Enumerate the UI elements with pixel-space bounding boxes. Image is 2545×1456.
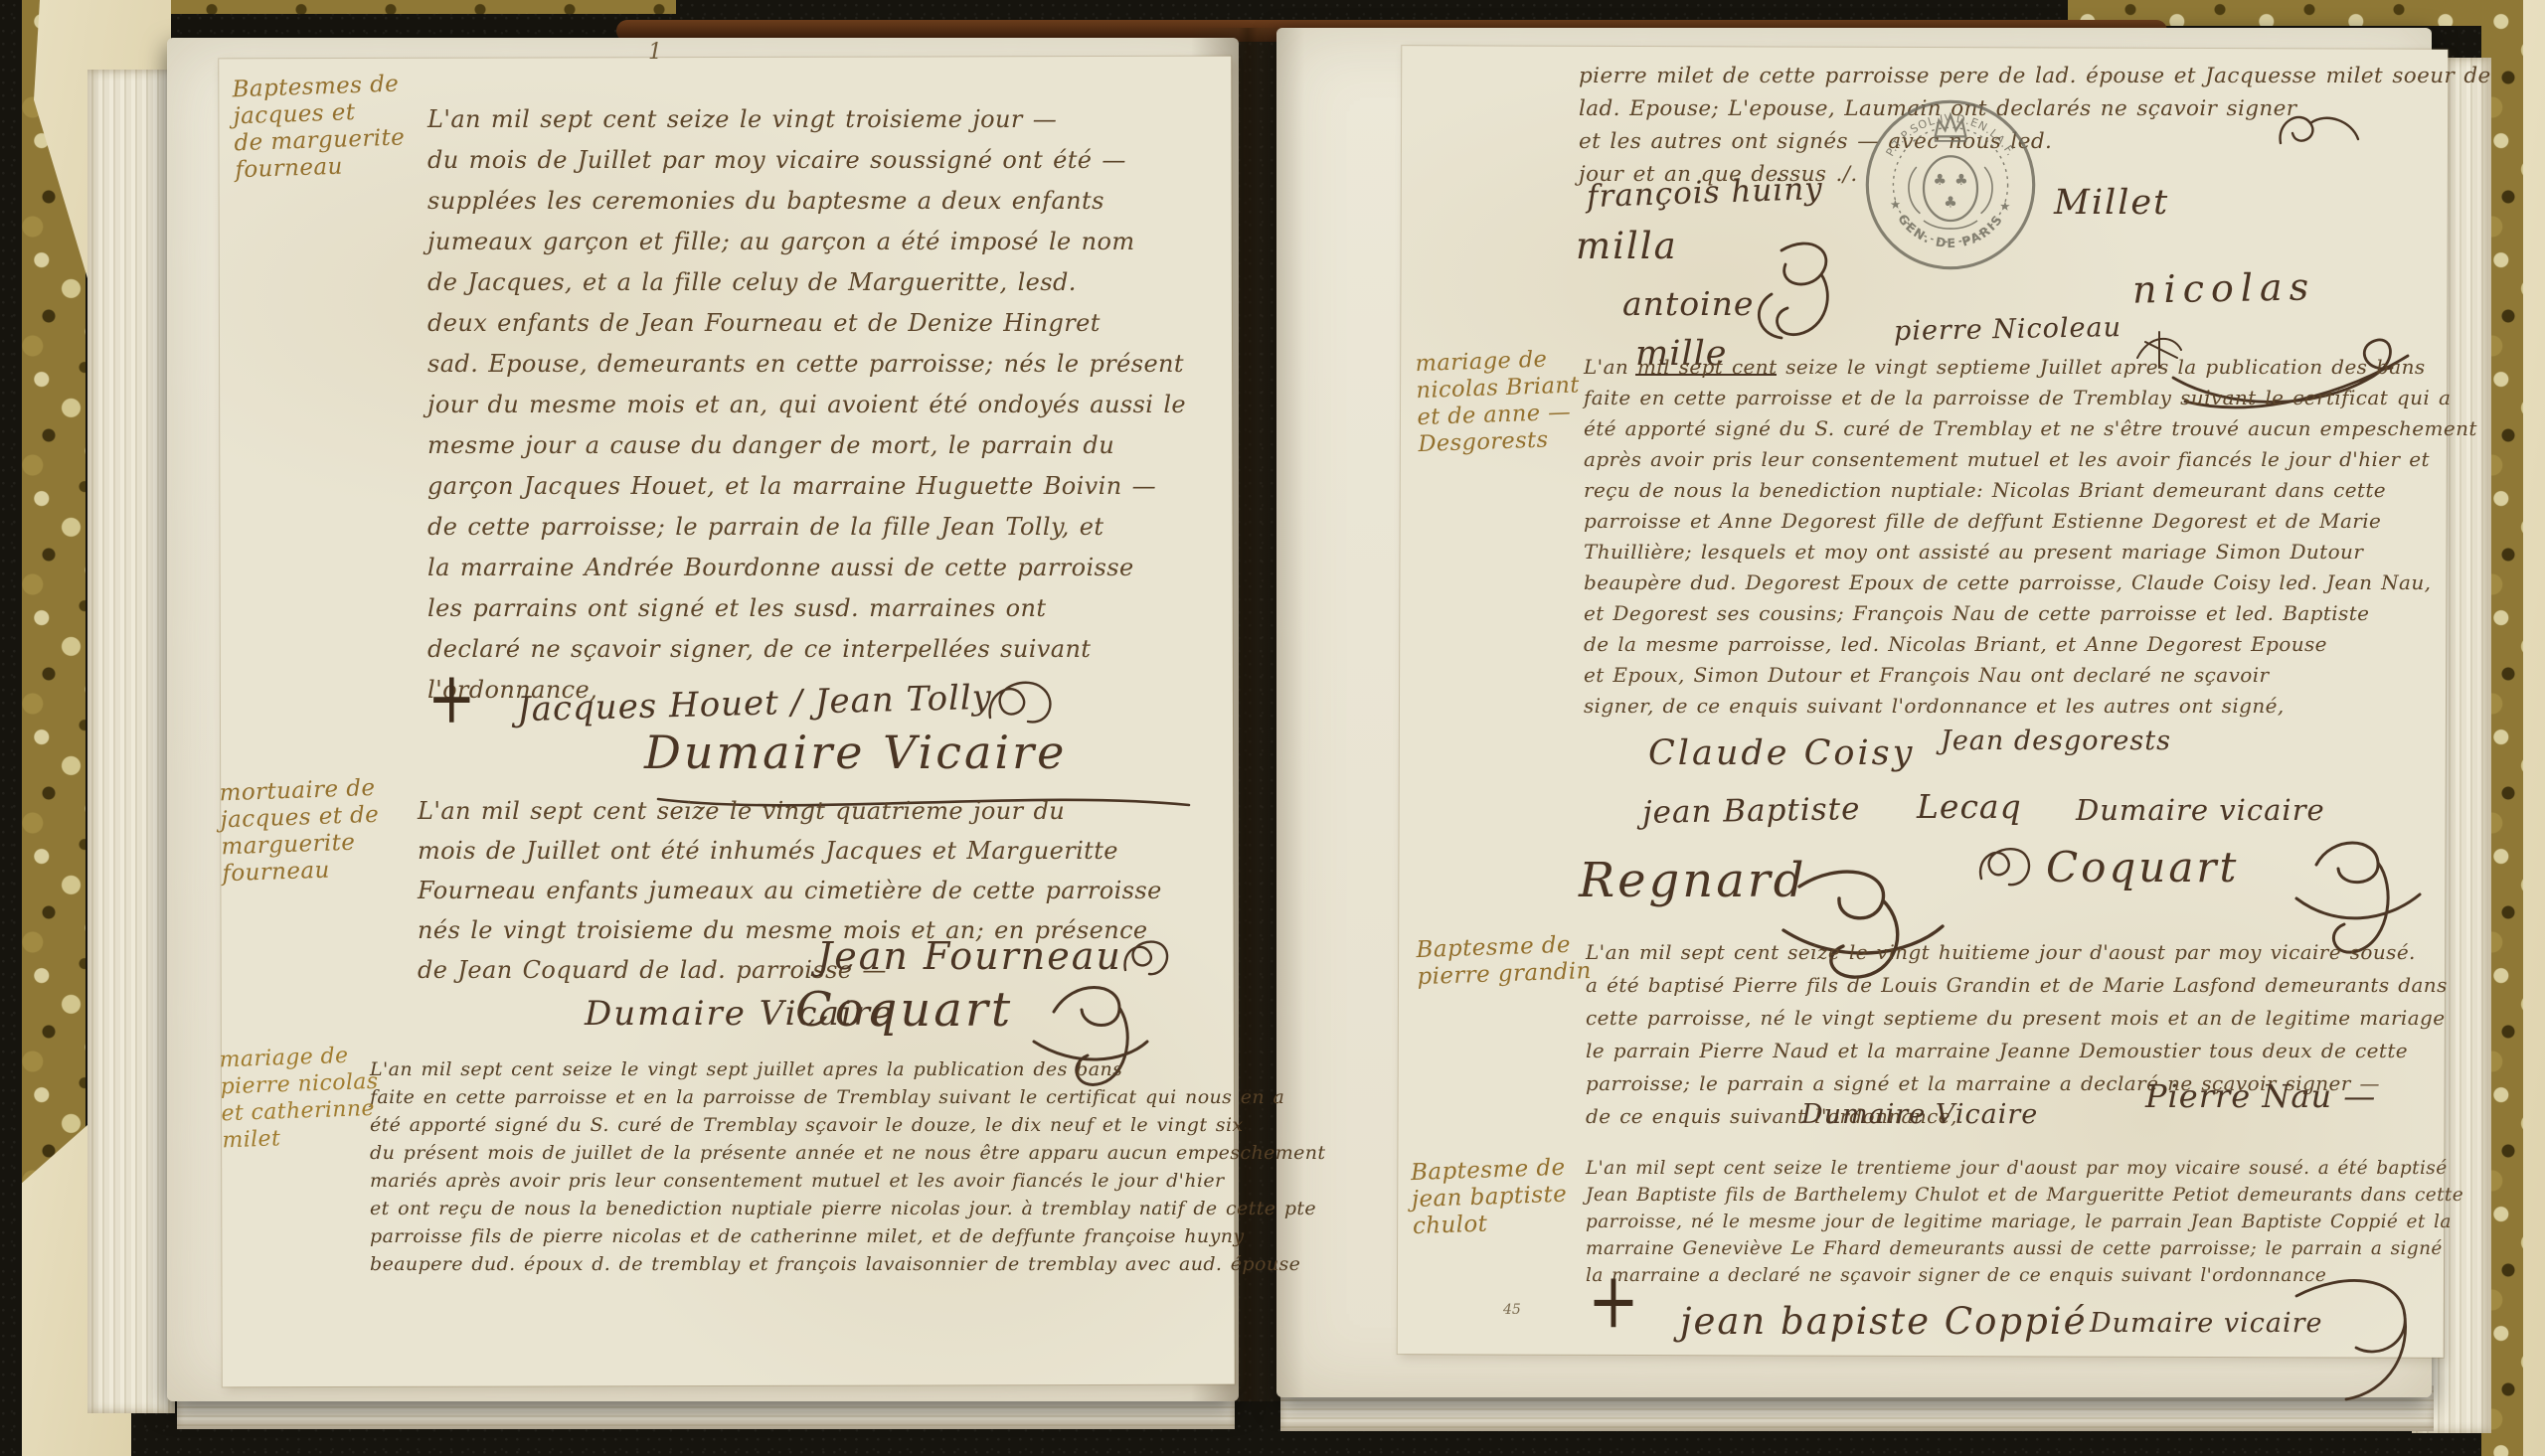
handwritten-line: signer, de ce enquis suivant l'ordonnanc… xyxy=(1584,691,2446,722)
signature-coquart: Coquart xyxy=(2046,843,2239,891)
handwritten-line: été apporté signé du S. curé de Tremblay… xyxy=(1584,413,2446,444)
margin-note: Baptesmes dejacques etde margueritefourn… xyxy=(232,71,426,185)
handwritten-line: garçon Jacques Houet, et la marraine Hug… xyxy=(427,466,1228,507)
signature-millet: Millet xyxy=(2054,183,2169,223)
entry-marriage-briant: mariage denicolas Briantet de anne —Desg… xyxy=(1417,346,2446,722)
handwritten-line: L'an mil sept cent seize le vingt quatri… xyxy=(418,791,1225,831)
svg-text:♣: ♣ xyxy=(1944,194,1957,212)
handwritten-line: parroisse fils de pierre nicolas et de c… xyxy=(370,1222,1235,1250)
signature-jean-baptiste: jean Baptiste xyxy=(1642,791,1861,831)
handwritten-line: fourneau xyxy=(222,855,414,889)
entry-body: L'an mil sept cent seize le vingt septie… xyxy=(1584,346,2446,722)
paraph-flourish-icon xyxy=(2275,103,2364,173)
signature-coppie: jean bapiste Coppié xyxy=(1680,1300,2087,1343)
handwritten-line: faite en cette parroisse et en la parroi… xyxy=(370,1083,1235,1111)
handwritten-line: mois de Juillet ont été inhumés Jacques … xyxy=(418,831,1225,871)
handwritten-line: mesme jour a cause du danger de mort, le… xyxy=(427,425,1228,466)
signature-coisy: Claude Coisy xyxy=(1648,733,1915,773)
handwritten-line: Desgorests xyxy=(1418,425,1596,458)
signature-vicar: Dumaire vicaire xyxy=(2076,793,2325,827)
svg-text:♣: ♣ xyxy=(1933,171,1947,189)
handwritten-line: marraine Geneviève Le Fhard demeurants a… xyxy=(1586,1235,2451,1262)
handwritten-line: faite en cette parroisse et de la parroi… xyxy=(1584,383,2446,413)
margin-note: Baptesme depierre grandin xyxy=(1416,931,1597,991)
svg-text:♣: ♣ xyxy=(1954,171,1968,189)
entry-body: L'an mil sept cent seize le vingt troisi… xyxy=(427,72,1228,711)
handwritten-line: L'an mil sept cent seize le trentieme jo… xyxy=(1586,1155,2451,1182)
handwritten-line: declaré ne sçavoir signer, de ce interpe… xyxy=(427,629,1228,670)
handwritten-line: chulot xyxy=(1413,1208,1593,1240)
paraph-flourish-icon xyxy=(2129,328,2189,372)
handwritten-line: le parrain Pierre Naud et la marraine Je… xyxy=(1586,1035,2451,1067)
handwritten-line: parroisse, né le mesme jour de legitime … xyxy=(1586,1209,2451,1235)
signature-regnard: Regnard xyxy=(1579,853,1806,908)
handwritten-line: après avoir pris leur consentement mutue… xyxy=(1584,444,2446,475)
generalite-de-paris-stamp: ♣ ♣ ♣ P.T.P.SOL.IV.D.EN.LA.F. ★ GEN. DE … xyxy=(1861,95,2040,274)
handwritten-line: Jean Baptiste fils de Barthelemy Chulot … xyxy=(1586,1182,2451,1209)
handwritten-line: pierre grandin xyxy=(1417,958,1597,991)
margin-note: mariage denicolas Briantet de anne —Desg… xyxy=(1415,345,1596,458)
signature-milla: milla xyxy=(1576,225,1678,267)
paraph-flourish-icon xyxy=(1742,231,1853,342)
handwritten-line: supplées les ceremonies du baptesme a de… xyxy=(427,181,1228,222)
signature-cross: + xyxy=(1588,1255,1640,1346)
handwritten-line: les parrains ont signé et les susd. marr… xyxy=(427,588,1228,629)
handwritten-line: a été baptisé Pierre fils de Louis Grand… xyxy=(1586,969,2451,1002)
handwritten-line: la marraine Andrée Bourdonne aussi de ce… xyxy=(427,548,1228,588)
handwritten-line: et ont reçu de nous la benediction nupti… xyxy=(370,1195,1235,1222)
entry-body: L'an mil sept cent seize le vingt sept j… xyxy=(370,1042,1235,1278)
handwritten-line: jumeaux garçon et fille; au garçon a été… xyxy=(427,222,1228,262)
handwritten-line: mariés après avoir pris leur consentemen… xyxy=(370,1167,1235,1195)
entry-baptism-fourneau: Baptesmes dejacques etde margueritefourn… xyxy=(234,72,1228,711)
handwritten-line: Thuillière; lesquels et moy ont assisté … xyxy=(1584,537,2446,567)
handwritten-line: reçu de nous la benediction nuptiale: Ni… xyxy=(1584,475,2446,506)
handwritten-line: L'an mil sept cent seize le vingt troisi… xyxy=(427,99,1228,140)
paraph-flourish-icon xyxy=(1973,837,2039,894)
folio-mark-right: 45 xyxy=(1503,1302,1521,1318)
handwritten-line: L'an mil sept cent seize le vingt septie… xyxy=(1584,352,2446,383)
signature-cross: + xyxy=(427,656,477,740)
signature-pierre-nau: Pierre Nau — xyxy=(2145,1077,2376,1115)
signature-desgorests: Jean desgorests xyxy=(1941,726,2171,756)
handwritten-line: sad. Epouse, demeurants en cette parrois… xyxy=(427,344,1228,385)
handwritten-line: Fourneau enfants jumeaux au cimetière de… xyxy=(418,871,1225,910)
handwritten-line: beaupère dud. Degorest Epoux de cette pa… xyxy=(1584,567,2446,598)
margin-note: Baptesme dejean baptistechulot xyxy=(1411,1154,1593,1240)
handwritten-line: parroisse et Anne Degorest fille de deff… xyxy=(1584,506,2446,537)
signature-coquart: Coquart xyxy=(795,982,1013,1038)
paraph-flourish-icon xyxy=(2287,1268,2416,1407)
folio-mark-left: 1 xyxy=(648,40,662,65)
signature-antoine: antoine xyxy=(1622,284,1754,323)
handwritten-line: jour du mesme mois et an, qui avoient ét… xyxy=(427,385,1228,425)
handwritten-line: et Epoux, Simon Dutour et François Nau o… xyxy=(1584,660,2446,691)
signature-nicolas: nicolas xyxy=(2132,264,2316,311)
page-block-left-edges xyxy=(87,70,175,1413)
margin-note: mortuaire dejacques et demargueritefourn… xyxy=(219,774,414,889)
signature-lecaq: Lecaq xyxy=(1917,787,2022,826)
paraph-flourish-icon xyxy=(984,672,1068,733)
handwritten-line: du mois de Juillet par moy vicaire souss… xyxy=(427,140,1228,181)
entry-marriage-nicolas-milet: mariage depierre nicolaset catherinnemil… xyxy=(221,1042,1235,1278)
handwritten-line: beaupere dud. époux d. de tremblay et fr… xyxy=(370,1250,1235,1278)
signature-nicoleau: pierre Nicoleau xyxy=(1894,312,2122,347)
handwritten-line: été apporté signé du S. curé de Tremblay… xyxy=(370,1111,1235,1139)
handwritten-line: cette parroisse, né le vingt septieme du… xyxy=(1586,1002,2451,1035)
handwritten-line: L'an mil sept cent seize le vingt sept j… xyxy=(370,1055,1235,1083)
handwritten-line: de la mesme parroisse, led. Nicolas Bria… xyxy=(1584,629,2446,660)
handwritten-line: pierre milet de cette parroisse pere de … xyxy=(1579,60,2454,92)
handwritten-line: de cette parroisse; le parrain de la fil… xyxy=(427,507,1228,548)
signature-vicar: Dumaire Vicaire xyxy=(1801,1099,2038,1130)
handwritten-line: fourneau xyxy=(235,151,426,185)
handwritten-line: et Degorest ses cousins; François Nau de… xyxy=(1584,598,2446,629)
handwritten-line: L'an mil sept cent seize le vingt huitie… xyxy=(1586,936,2451,969)
archival-scan: { "scene": { "description": "Open handwr… xyxy=(0,0,2545,1456)
signature-vicar: Dumaire Vicaire xyxy=(644,726,1067,779)
margin-note: mariage depierre nicolaset catherinnemil… xyxy=(219,1041,414,1155)
leather-fore-edge-right xyxy=(2523,0,2545,1456)
handwritten-line: du présent mois de juillet de la présent… xyxy=(370,1139,1235,1167)
handwritten-line: deux enfants de Jean Fourneau et de Deni… xyxy=(427,303,1228,344)
handwritten-line: de Jacques, et a la fille celuy de Margu… xyxy=(427,262,1228,303)
